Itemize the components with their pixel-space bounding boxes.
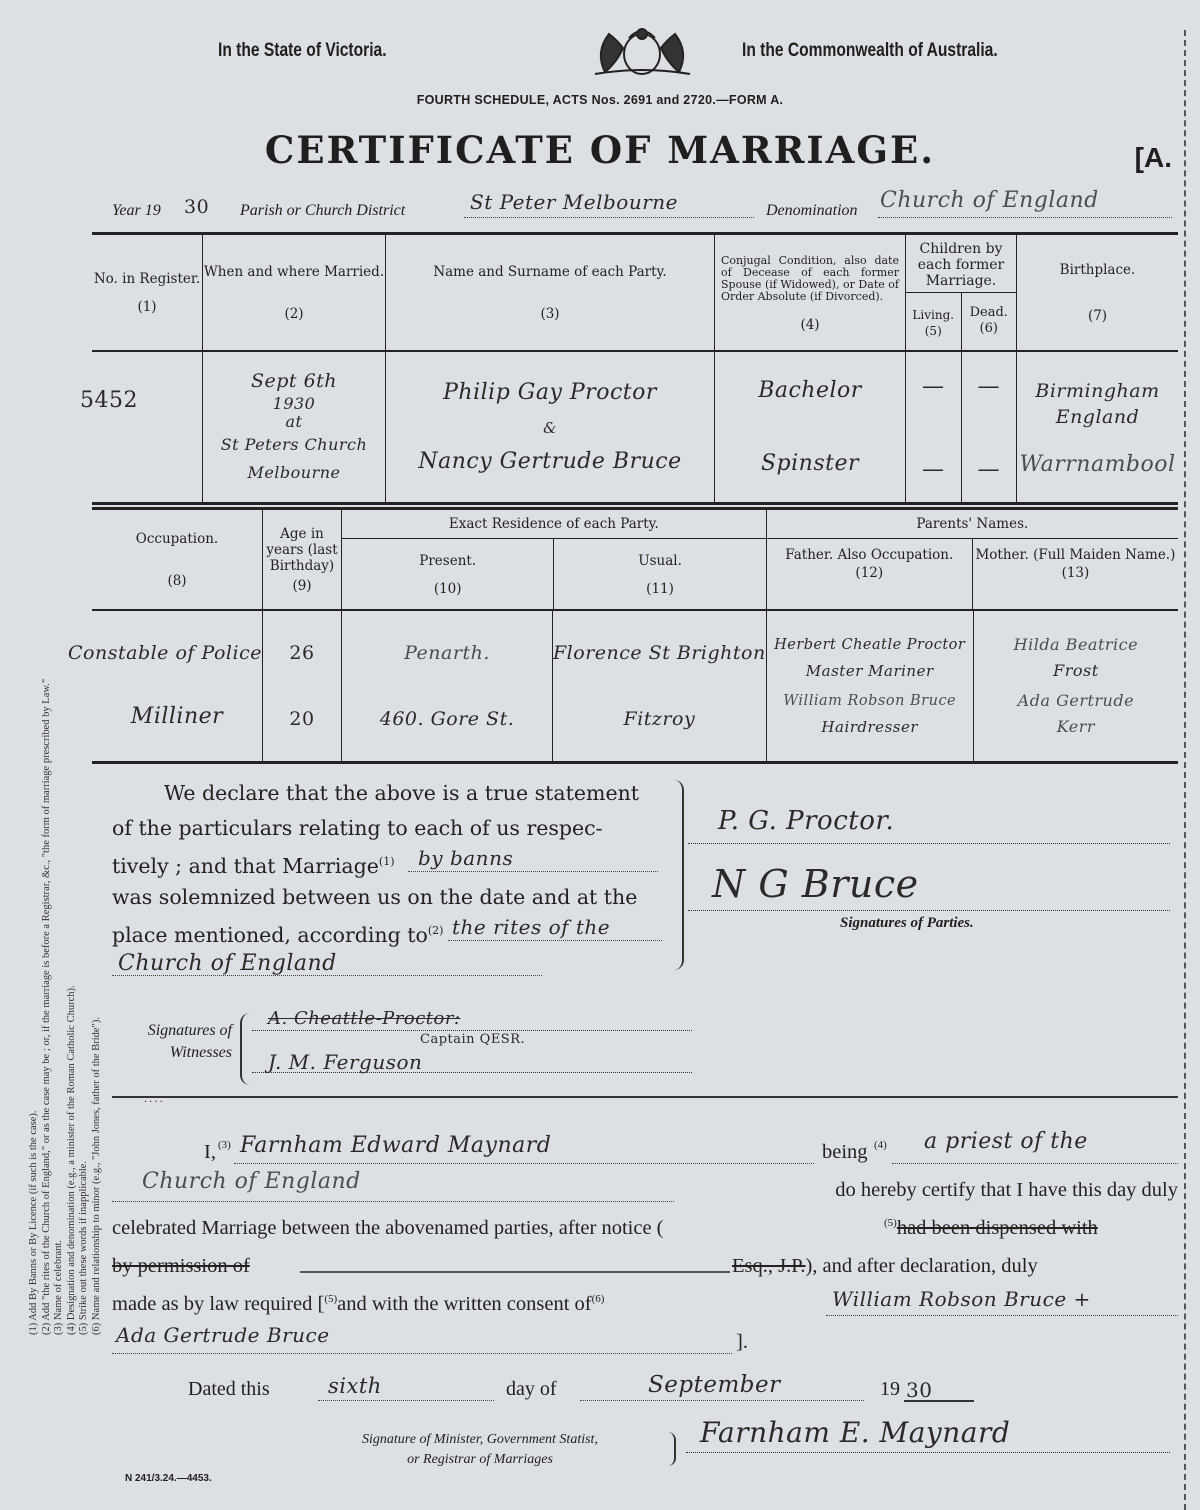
consent-names-1: William Robson Bruce + xyxy=(832,1287,1091,1311)
rites-value-1: the rites of the xyxy=(452,910,610,945)
witnesses-brace xyxy=(240,1013,252,1085)
header-mother: Mother. (Full Maiden Name.)(13) xyxy=(973,539,1178,609)
minister-signature-line xyxy=(686,1452,1170,1453)
celebrant-designation-2: Church of England xyxy=(142,1169,361,1194)
dated-line: Dated this sixth day of September 19 30 xyxy=(188,1378,988,1408)
table-row: 5452 Sept 6th 1930 at St Peters Church M… xyxy=(92,351,1178,504)
minister-brace xyxy=(664,1432,676,1466)
form-code: [A. xyxy=(1135,142,1172,174)
occupations: Constable of Police Milliner xyxy=(92,610,263,762)
header-when-where: When and where Married.(2) xyxy=(203,234,386,352)
header-usual: Usual.(11) xyxy=(554,539,765,609)
header-living: Living.(5) xyxy=(906,293,962,350)
witness-line-1 xyxy=(252,1030,692,1031)
schedule-reference: FOURTH SCHEDULE, ACTS Nos. 2691 and 2720… xyxy=(0,93,1200,107)
conjugal-condition: Bachelor Spinster xyxy=(715,351,906,504)
header-birthplace: Birthplace.(7) xyxy=(1017,234,1179,352)
parties-details-table: Occupation.(8) Age in years (last Birthd… xyxy=(92,507,1178,764)
usual-residence: Florence St Brighton Fitzroy xyxy=(553,610,767,762)
groom-name: Philip Gay Proctor xyxy=(386,380,714,405)
coat-of-arms-icon xyxy=(565,24,720,76)
header-register-no: No. in Register.(1) xyxy=(92,234,203,352)
form-number: N 241/3.24.—4453. xyxy=(125,1473,212,1484)
register-number: 5452 xyxy=(92,351,203,504)
party-signature-line-1 xyxy=(688,843,1170,844)
marriage-certificate: In the State of Victoria. In the Commonw… xyxy=(0,0,1200,1510)
birthplace: Birmingham England Warrnambool xyxy=(1017,351,1179,504)
witness-2-signature: J. M. Ferguson xyxy=(268,1050,422,1074)
signatures-of-parties-label: Signatures of Parties. xyxy=(840,915,974,932)
year-value: 30 xyxy=(184,196,209,218)
bride-name: Nancy Gertrude Bruce xyxy=(386,449,714,474)
state-heading: In the State of Victoria. xyxy=(218,40,387,62)
ages: 26 20 xyxy=(263,610,342,762)
consent-names-2: Ada Gertrude Bruce xyxy=(116,1323,330,1347)
denomination-label: Denomination xyxy=(766,202,858,220)
mothers: Hilda Beatrice Frost Ada Gertrude Kerr xyxy=(973,610,1178,762)
denomination-value: Church of England xyxy=(880,188,1099,213)
witness-1-note: Captain QESR. xyxy=(420,1032,525,1047)
header-father: Father. Also Occupation.(12) xyxy=(767,539,973,609)
header-age: Age in years (last Birthday)(9) xyxy=(263,509,342,611)
party-signature-line-2 xyxy=(688,910,1170,911)
header-conjugal-condition: Conjugal Condition, also date of Decease… xyxy=(715,234,906,352)
header-present: Present.(10) xyxy=(342,539,554,609)
header-parents: Parents' Names. Father. Also Occupation.… xyxy=(766,509,1178,611)
groom-signature: P. G. Proctor. xyxy=(718,806,894,836)
parish-label: Parish or Church District xyxy=(240,202,405,220)
certificate-title: CERTIFICATE OF MARRIAGE. xyxy=(0,128,1200,172)
marriage-by-value: by banns xyxy=(418,841,513,876)
celebrant-name: Farnham Edward Maynard xyxy=(240,1133,551,1158)
party-names: Philip Gay Proctor & Nancy Gertrude Bruc… xyxy=(386,351,715,504)
witness-1-signature: A. Cheattle-Proctor: xyxy=(268,1008,461,1029)
marriage-particulars-table: No. in Register.(1) When and where Marri… xyxy=(92,232,1178,505)
table-row: Constable of Police Milliner 26 20 Penar… xyxy=(92,610,1178,762)
declaration-text: We declare that the above is a true stat… xyxy=(112,776,672,983)
header-children: Children by each former Marriage. Living… xyxy=(906,234,1017,352)
dated-day: sixth xyxy=(328,1374,382,1398)
header-dead: Dead.(6) xyxy=(962,293,1017,350)
section-divider xyxy=(112,1096,1178,1098)
header-residence: Exact Residence of each Party. Present.(… xyxy=(342,509,767,611)
parish-value: St Peter Melbourne xyxy=(470,190,678,214)
minister-signature-label: Signature of Minister, Government Statis… xyxy=(300,1430,660,1470)
fathers: Herbert Cheatle Proctor Master Mariner W… xyxy=(766,610,973,762)
rites-value-2: Church of England xyxy=(118,947,337,982)
bride-signature: N G Bruce xyxy=(712,862,919,906)
when-where-married: Sept 6th 1930 at St Peters Church Melbou… xyxy=(203,351,386,504)
celebrant-designation-1: a priest of the xyxy=(924,1129,1088,1154)
children-counts: — — — — xyxy=(906,351,1017,504)
present-residence: Penarth. 460. Gore St. xyxy=(342,610,553,762)
header-name: Name and Surname of each Party.(3) xyxy=(386,234,715,352)
dated-year: 30 xyxy=(906,1378,932,1402)
margin-footnotes: (1) Add By Banns or By Licence (if such … xyxy=(28,275,103,1335)
year-label: Year 19 xyxy=(112,202,161,220)
perforation-edge xyxy=(1184,30,1186,1510)
header-occupation: Occupation.(8) xyxy=(92,509,263,611)
witnesses-label: Signatures of Witnesses xyxy=(112,1020,232,1064)
dated-month: September xyxy=(648,1372,781,1398)
declaration-brace xyxy=(670,780,684,970)
minister-signature: Farnham E. Maynard xyxy=(700,1416,1010,1449)
commonwealth-heading: In the Commonwealth of Australia. xyxy=(742,40,998,62)
